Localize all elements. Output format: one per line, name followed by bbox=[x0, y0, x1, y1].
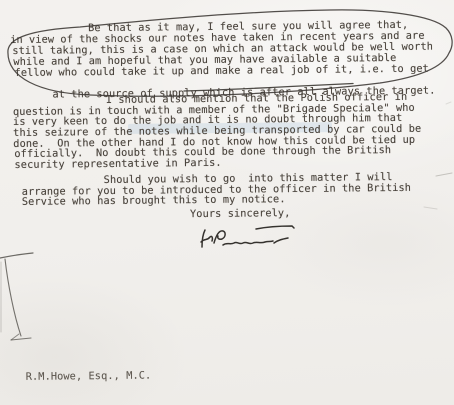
typed-text-layer: Be that as it may, I feel sure you will … bbox=[0, 0, 454, 405]
closing-line: Yours sincerely, bbox=[190, 208, 291, 220]
typed-line: Service who has brought this to my notic… bbox=[22, 194, 286, 208]
typed-line: security representative in Paris. bbox=[14, 158, 221, 171]
letter-scan: Be that as it may, I feel sure you will … bbox=[0, 0, 454, 405]
recipient-line: R.M.Howe, Esq., M.C. bbox=[26, 371, 152, 383]
